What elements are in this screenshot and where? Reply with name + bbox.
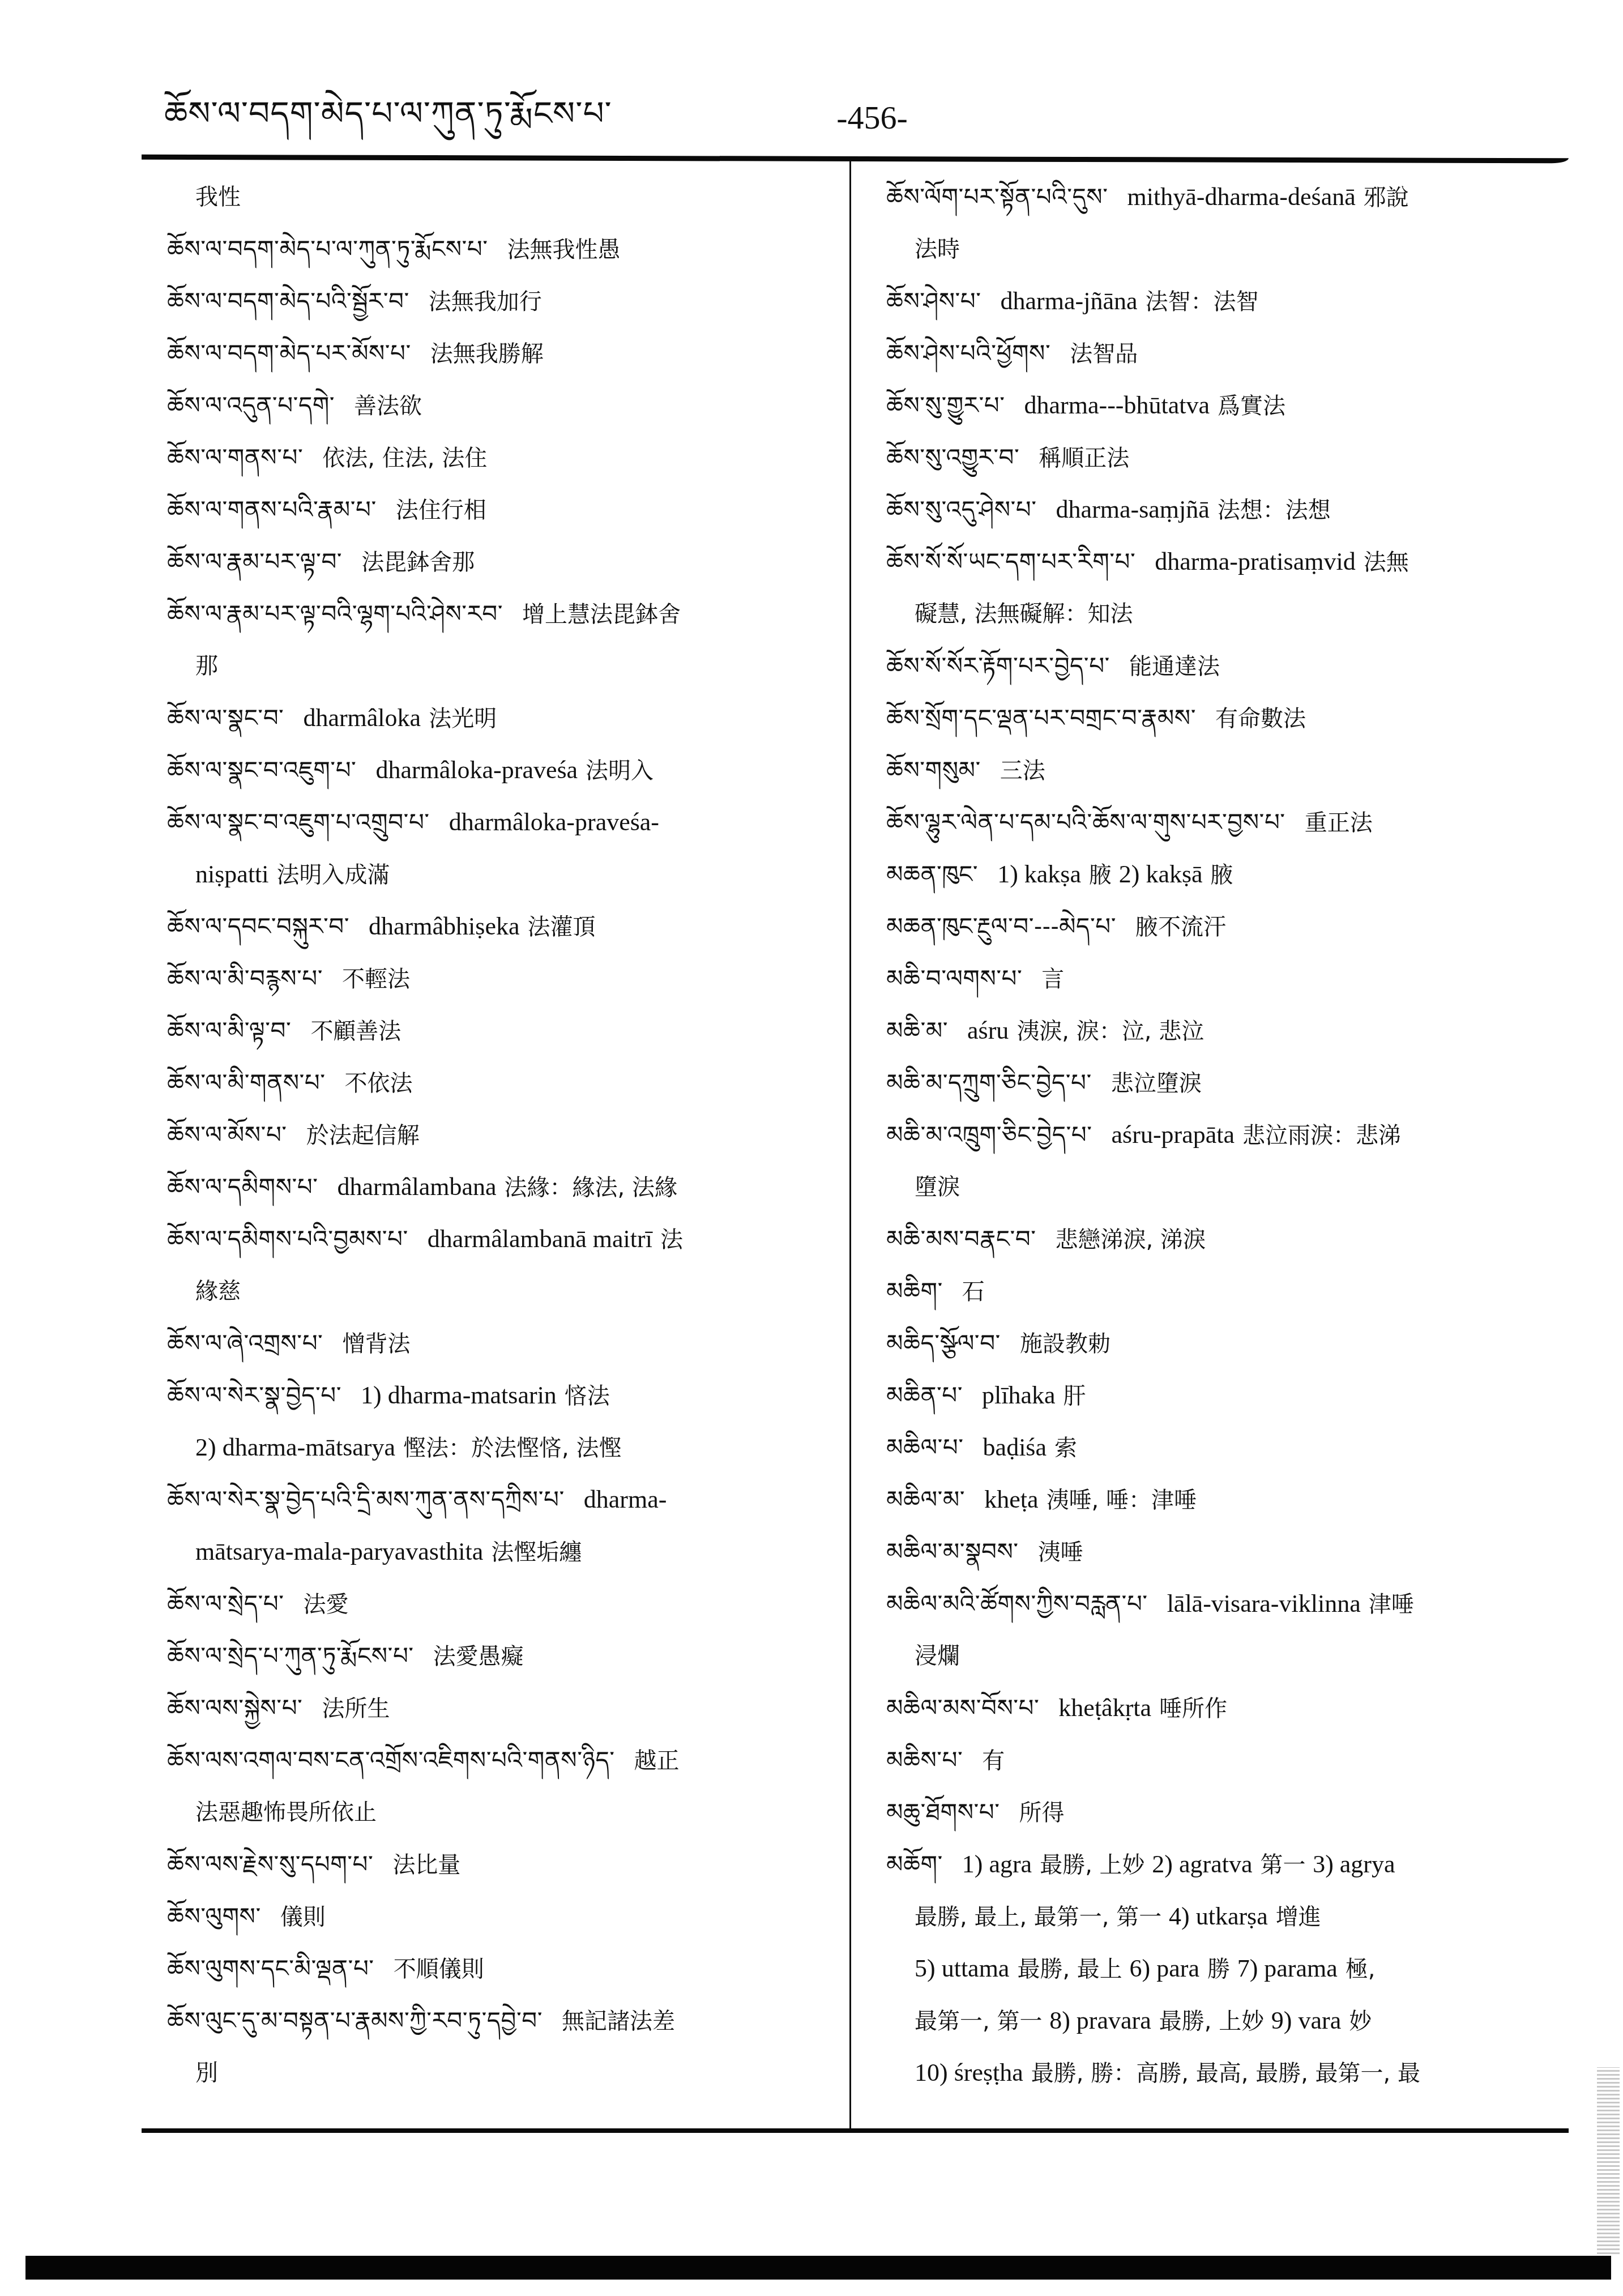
- chinese-gloss: 最勝, 上妙: [1040, 1852, 1144, 1878]
- dictionary-entry: ཆོས་སུ་འགྱུར་བ་稱順正法: [886, 432, 1566, 484]
- sanskrit-term: dharma---bhūtatva: [1024, 391, 1210, 419]
- chinese-gloss: 洟唾, 唾：津唾: [1046, 1487, 1196, 1513]
- chinese-gloss: 唾所作: [1159, 1696, 1227, 1722]
- chinese-gloss: 不輕法: [342, 966, 410, 992]
- tibetan-headword: ཆོས་ལྷུར་ལེན་པ་དམ་པའི་ཆོས་ལ་གུས་པར་བྱས་པ…: [886, 808, 1285, 836]
- tibetan-headword: མཆན་ཁུང་: [886, 860, 978, 888]
- dictionary-entry: ཆོས་ལ་མི་ལྟ་བ་不顧善法: [167, 1005, 832, 1057]
- dictionary-entry: ཆོས་ཤེས་པའི་ཕྱོགས་法智品: [886, 327, 1566, 379]
- chinese-gloss: 悲泣墮淚: [1111, 1070, 1202, 1096]
- entry-continuation: 法時: [886, 223, 1566, 275]
- chinese-gloss: 最第一, 第一: [915, 2008, 1042, 2034]
- chinese-gloss: 緣慈: [195, 1278, 241, 1304]
- tibetan-headword: མཆིལ་མས་བོས་པ་: [886, 1694, 1039, 1722]
- tibetan-headword: ཆོས་ལ་བདག་མེད་པ་ལ་ཀུན་ཏུ་རྨོངས་པ་: [167, 235, 488, 263]
- sanskrit-term: plīhaka: [982, 1381, 1056, 1409]
- entry-continuation: 緣慈: [167, 1265, 832, 1317]
- tibetan-headword: མཆན་ཁུང་རྔུལ་བ་---མེད་པ་: [886, 912, 1116, 940]
- sanskrit-term: baḍiśa: [983, 1433, 1047, 1461]
- dictionary-entry: ཆོས་ལ་སེར་སྣ་བྱེད་པ་1) dharma-matsarin悋法: [167, 1369, 832, 1422]
- chinese-gloss: 腋不流汗: [1135, 914, 1226, 940]
- tibetan-headword: ཆོས་ཤེས་པ་: [886, 287, 981, 315]
- tibetan-headword: ཆོས་ལ་སེར་སྣ་བྱེད་པ་: [167, 1381, 341, 1409]
- sanskrit-term: 6) para: [1130, 1954, 1199, 1982]
- chinese-gloss: 所得: [1019, 1800, 1065, 1826]
- dictionary-entry: ཆོས་ལ་དབང་བསྐུར་བ་dharmâbhiṣeka法灌頂: [167, 901, 832, 953]
- tibetan-headword: ཆོས་ལ་སྣང་བ་འཇུག་པ་འགྲུབ་པ་: [167, 808, 430, 836]
- dictionary-entry: ཆོས་ལ་འདུན་པ་དགེ་善法欲: [167, 379, 832, 432]
- chinese-gloss: 憎背法: [342, 1331, 410, 1357]
- chinese-gloss: 索: [1054, 1435, 1077, 1461]
- tibetan-headword: མཆིལ་མ་: [886, 1486, 965, 1513]
- tibetan-headword: ཆོས་སུ་འདུ་ཤེས་པ་: [886, 496, 1037, 523]
- chinese-gloss: 言: [1041, 966, 1064, 992]
- sanskrit-term: 2) dharma-mātsarya: [195, 1433, 395, 1461]
- dictionary-entry: ཆོས་གསུམ་三法: [886, 744, 1566, 796]
- chinese-gloss: 悋法: [565, 1383, 610, 1409]
- dictionary-entry: ཆོས་ལ་སྣང་བ་འཇུག་པ་འགྲུབ་པ་dharmâloka-pr…: [167, 796, 832, 848]
- chinese-gloss: 妙: [1349, 2008, 1372, 2034]
- tibetan-headword: མཆི་བ་ལགས་པ་: [886, 965, 1022, 992]
- chinese-gloss: 法時: [915, 236, 960, 262]
- sanskrit-term: dharmâlambana: [338, 1173, 497, 1201]
- column-divider: [849, 161, 851, 2131]
- entry-continuation: niṣpatti法明入成滿: [167, 848, 832, 901]
- tibetan-headword: ཆོས་ལ་བདག་མེད་པར་མོས་པ་: [167, 339, 411, 367]
- chinese-gloss: 越正: [634, 1748, 680, 1774]
- dictionary-entry: ཆོས་ལ་རྣམ་པར་ལྟ་བ་法毘鉢舍那: [167, 536, 832, 588]
- tibetan-headword: མཆིལ་མ་སྣབས་: [886, 1538, 1019, 1565]
- dictionary-entry: ཆོས་ལ་ཞེ་འགྲས་པ་憎背法: [167, 1317, 832, 1369]
- dictionary-entry: ཆོས་ལ་སེར་སྣ་བྱེད་པའི་དྲི་མས་ཀུན་ནས་དཀྲི…: [167, 1474, 832, 1526]
- chinese-gloss: 別: [195, 2060, 218, 2086]
- dictionary-entry: མཆི་མ་འཁྲུག་ཅིང་བྱེད་པ་aśru-prapāta悲泣雨淚：…: [886, 1109, 1566, 1161]
- chinese-gloss: 石: [962, 1279, 985, 1305]
- entry-continuation: 2) dharma-mātsarya慳法：於法慳悋, 法慳: [167, 1422, 832, 1474]
- entry-continuation: 我性: [167, 171, 832, 223]
- dictionary-entry: མཆི་མ་aśru洟淚, 淚：泣, 悲泣: [886, 1005, 1566, 1057]
- entry-continuation: 墮淚: [886, 1161, 1566, 1213]
- sanskrit-term: 9) vara: [1271, 2007, 1341, 2034]
- sanskrit-term: niṣpatti: [195, 860, 269, 888]
- dictionary-entry: ཆོས་ལས་སྐྱེས་པ་法所生: [167, 1682, 832, 1734]
- tibetan-headword: ཆོས་ཤེས་པའི་ཕྱོགས་: [886, 339, 1050, 367]
- sanskrit-term: 2) kakṣā: [1119, 860, 1203, 888]
- tibetan-headword: མཆིལ་པ་: [886, 1433, 964, 1461]
- dictionary-entry: མཆོག་1) agra最勝, 上妙 2) agratva第一 3) agrya: [886, 1838, 1566, 1890]
- entry-continuation: 最勝, 最上, 最第一, 第一 4) utkarṣa增進: [886, 1890, 1566, 1943]
- chinese-gloss: 法比量: [392, 1852, 460, 1878]
- dictionary-entry: ཆོས་ལས་འགལ་བས་ངན་འགྲོས་འཇིགས་པའི་གནས་ཉིད…: [167, 1734, 832, 1786]
- sanskrit-term: 1) agra: [962, 1850, 1032, 1878]
- chinese-gloss: 稱順正法: [1039, 445, 1129, 471]
- chinese-gloss: 第一: [1260, 1852, 1305, 1878]
- dictionary-entry: ཆོས་ལ་གནས་པ་依法, 住法, 法住: [167, 432, 832, 484]
- chinese-gloss: 極,: [1346, 1956, 1376, 1982]
- chinese-gloss: 三法: [1000, 758, 1045, 784]
- dictionary-entry: ཆོས་ལ་སྣང་བ་dharmâloka法光明: [167, 692, 832, 744]
- scan-border-band: [25, 2256, 1611, 2280]
- tibetan-headword: མཆུ་ཐོགས་པ་: [886, 1798, 1000, 1826]
- chinese-gloss: 最勝, 最上: [1017, 1956, 1122, 1982]
- tibetan-headword: ཆོས་ལ་རྣམ་པར་ལྟ་བ་: [167, 548, 342, 575]
- chinese-gloss: 悲泣雨淚：悲涕: [1242, 1123, 1401, 1149]
- tibetan-headword: ཆོས་ལས་རྗེས་སུ་དཔག་པ་: [167, 1850, 373, 1878]
- chinese-gloss: 法灌頂: [527, 914, 595, 940]
- sanskrit-term: dharma-jñāna: [1001, 287, 1138, 315]
- chinese-gloss: 法明入: [586, 758, 654, 784]
- tibetan-headword: ཆོས་སོ་སོ་ཡང་དག་པར་རིག་པ་: [886, 548, 1135, 575]
- sanskrit-term: 10) śreṣṭha: [915, 2059, 1023, 2086]
- page-number: -456-: [798, 95, 946, 140]
- entry-continuation: 最第一, 第一 8) pravara最勝, 上妙 9) vara妙: [886, 1995, 1566, 2047]
- tibetan-headword: ཆོས་ལ་མི་གནས་པ་: [167, 1069, 326, 1096]
- chinese-gloss: 法智：法智: [1145, 289, 1258, 315]
- dictionary-entry: མཆུ་ཐོགས་པ་所得: [886, 1786, 1566, 1838]
- tibetan-headword: ཆོས་ལ་དབང་བསྐུར་བ་: [167, 912, 349, 940]
- dictionary-entry: མཆིལ་པ་baḍiśa索: [886, 1422, 1566, 1474]
- sanskrit-term: dharmâloka-praveśa: [375, 756, 578, 784]
- dictionary-entry: མཆན་ཁུང་རྔུལ་བ་---མེད་པ་腋不流汗: [886, 901, 1566, 953]
- sanskrit-term: kheṭâkṛta: [1058, 1694, 1151, 1722]
- chinese-gloss: 法所生: [322, 1696, 390, 1722]
- sanskrit-term: 3) agrya: [1313, 1850, 1395, 1878]
- chinese-gloss: 重正法: [1305, 810, 1373, 836]
- sanskrit-term: 7) parama: [1237, 1954, 1338, 1982]
- chinese-gloss: 礙慧, 法無礙解：知法: [915, 601, 1133, 627]
- dictionary-entry: ཆོས་སུ་འདུ་ཤེས་པ་dharma-saṃjñā法想：法想: [886, 484, 1566, 536]
- entry-continuation: 10) śreṣṭha最勝, 勝：高勝, 最高, 最勝, 最第一, 最: [886, 2047, 1566, 2099]
- tibetan-headword: ཆོས་སྲོག་དང་ལྡན་པར་བགྲང་བ་རྣམས་: [886, 704, 1196, 732]
- chinese-gloss: 法無我性愚: [507, 237, 621, 263]
- dictionary-entry: མཆི་བ་ལགས་པ་言: [886, 953, 1566, 1005]
- chinese-gloss: 最勝, 上妙: [1159, 2008, 1264, 2034]
- tibetan-headword: ཆོས་ལུགས་དང་མི་ལྡན་པ་: [167, 1954, 374, 1982]
- chinese-gloss: 有命數法: [1215, 706, 1306, 732]
- dictionary-entry: མཆིས་པ་有: [886, 1734, 1566, 1786]
- tibetan-headword: མཆིས་པ་: [886, 1746, 963, 1774]
- dictionary-entry: ཆོས་ལུགས་དང་མི་ལྡན་པ་不順儀則: [167, 1943, 832, 1995]
- chinese-gloss: 施設教勅: [1020, 1331, 1111, 1357]
- chinese-gloss: 悲戀涕淚, 涕淚: [1056, 1227, 1206, 1253]
- dictionary-entry: ཆོས་ལ་བདག་མེད་པའི་སྦྱོར་བ་法無我加行: [167, 275, 832, 327]
- tibetan-headword: མཆི་མ་དཀྲུག་ཅིང་བྱེད་པ་: [886, 1069, 1092, 1096]
- dictionary-entry: ཆོས་ལུགས་儀則: [167, 1890, 832, 1943]
- chinese-gloss: 能通達法: [1129, 654, 1220, 680]
- dictionary-entry: མཆན་ཁུང་1) kakṣa腋 2) kakṣā腋: [886, 848, 1566, 901]
- top-rule: [142, 155, 1569, 164]
- chinese-gloss: 法住行相: [396, 497, 486, 523]
- dictionary-entry: ཆོས་སོ་སོ་ཡང་དག་པར་རིག་པ་dharma-pratisaṃ…: [886, 536, 1566, 588]
- tibetan-headword: མཆིག་: [886, 1277, 943, 1305]
- sanskrit-term: dharma-saṃjñā: [1056, 496, 1210, 523]
- chinese-gloss: 津唾: [1369, 1591, 1414, 1618]
- tibetan-headword: ཆོས་ལ་མོས་པ་: [167, 1121, 287, 1149]
- tibetan-headword: ཆོས་སུ་འགྱུར་བ་: [886, 443, 1019, 471]
- chinese-gloss: 慳法：於法慳悋, 法慳: [403, 1435, 621, 1461]
- dictionary-entry: ཆོས་སྲོག་དང་ལྡན་པར་བགྲང་བ་རྣམས་有命數法: [886, 692, 1566, 744]
- chinese-gloss: 法: [660, 1227, 683, 1253]
- chinese-gloss: 法愛: [304, 1591, 349, 1618]
- chinese-gloss: 不依法: [345, 1070, 413, 1096]
- chinese-gloss: 法緣：緣法, 法緣: [505, 1175, 677, 1201]
- chinese-gloss: 法光明: [429, 706, 497, 732]
- chinese-gloss: 腋: [1089, 862, 1112, 888]
- dictionary-entry: མཆིལ་མ་kheṭa洟唾, 唾：津唾: [886, 1474, 1566, 1526]
- tibetan-headword: ཆོས་ལ་སྲེད་པ་ཀུན་ཏུ་རྨོངས་པ་: [167, 1642, 414, 1670]
- dictionary-entry: ཆོས་ལ་མི་བརྙས་པ་不輕法: [167, 953, 832, 1005]
- sanskrit-term: aśru-prapāta: [1112, 1121, 1235, 1149]
- tibetan-headword: ཆོས་ལ་འདུན་པ་དགེ་: [167, 391, 335, 419]
- chinese-gloss: 儀則: [280, 1904, 326, 1930]
- left-column: 我性 ཆོས་ལ་བདག་མེད་པ་ལ་ཀུན་ཏུ་རྨོངས་པ་法無我性…: [167, 171, 832, 2099]
- tibetan-headword: ཆོས་ལ་དམིགས་པ་: [167, 1173, 318, 1201]
- tibetan-headword: མཆི་མ་: [886, 1017, 948, 1044]
- dictionary-entry: ཆོས་ལ་དམིགས་པ་dharmâlambana法緣：緣法, 法緣: [167, 1161, 832, 1213]
- dictionary-entry: ཆོས་ལ་རྣམ་པར་ལྟ་བའི་ལྷག་པའི་ཤེས་རབ་增上慧法毘…: [167, 588, 832, 640]
- dictionary-entry: མཆིག་石: [886, 1265, 1566, 1317]
- tibetan-headword: ཆོས་ལ་རྣམ་པར་ལྟ་བའི་ལྷག་པའི་ཤེས་རབ་: [167, 600, 503, 628]
- dictionary-entry: ཆོས་ལ་དམིགས་པའི་བྱམས་པ་dharmâlambanā mai…: [167, 1213, 832, 1265]
- entry-continuation: mātsarya-mala-paryavasthita法慳垢纏: [167, 1526, 832, 1578]
- entry-continuation: 5) uttama最勝, 最上 6) para勝 7) parama極,: [886, 1943, 1566, 1995]
- dictionary-entry: ཆོས་ལ་སྣང་བ་འཇུག་པ་dharmâloka-praveśa法明入: [167, 744, 832, 796]
- tibetan-headword: ཆོས་ལུགས་: [167, 1902, 261, 1930]
- tibetan-headword: མཆིད་སྩོལ་བ་: [886, 1329, 1001, 1357]
- dictionary-entry: ཆོས་ལུང་དུ་མ་བསྟན་པ་རྣམས་ཀྱི་རབ་ཏུ་དབྱེ་…: [167, 1995, 832, 2047]
- chinese-gloss: 法惡趣怖畏所依止: [195, 1799, 377, 1825]
- chinese-gloss: 法慳垢纏: [491, 1539, 582, 1565]
- tibetan-headword: མཆི་མ་འཁྲུག་ཅིང་བྱེད་པ་: [886, 1121, 1092, 1149]
- chinese-gloss: 依法, 住法, 法住: [322, 445, 487, 471]
- chinese-gloss: 浸爛: [915, 1643, 960, 1669]
- running-head: ཆོས་ལ་བདག་མེད་པ་ལ་ཀུན་ཏུ་རྨོངས་པ་: [164, 91, 612, 136]
- sanskrit-term: 5) uttama: [915, 1954, 1009, 1982]
- tibetan-headword: ཆོས་ལ་མི་ལྟ་བ་: [167, 1017, 291, 1044]
- chinese-gloss: 勝: [1207, 1956, 1230, 1982]
- chinese-gloss: 爲實法: [1218, 393, 1285, 419]
- dictionary-entry: ཆོས་ལོག་པར་སྟོན་པའི་དུས་mithyā-dharma-de…: [886, 171, 1566, 223]
- chinese-gloss: 那: [195, 653, 218, 679]
- dictionary-entry: ཆོས་ལ་བདག་མེད་པ་ལ་ཀུན་ཏུ་རྨོངས་པ་法無我性愚: [167, 223, 832, 275]
- sanskrit-term: lālā-visara-viklinna: [1167, 1590, 1361, 1618]
- sanskrit-term: dharma-: [584, 1486, 667, 1513]
- chinese-gloss: 洟淚, 淚：泣, 悲泣: [1016, 1018, 1204, 1044]
- dictionary-entry: མཆིལ་མའི་ཚོགས་ཀྱིས་བརླན་པ་lālā-visara-vi…: [886, 1578, 1566, 1630]
- sanskrit-term: dharmâlambanā maitrī: [428, 1225, 652, 1253]
- chinese-gloss: 邪說: [1364, 185, 1409, 211]
- tibetan-headword: ཆོས་ལ་གནས་པ་: [167, 443, 303, 471]
- tibetan-headword: མཆིན་པ་: [886, 1381, 963, 1409]
- chinese-gloss: 增進: [1276, 1904, 1321, 1930]
- chinese-gloss: 墮淚: [915, 1174, 960, 1200]
- sanskrit-term: kheṭa: [984, 1486, 1038, 1513]
- tibetan-headword: ཆོས་ལ་གནས་པའི་རྣམ་པ་: [167, 496, 377, 523]
- tibetan-headword: ཆོས་སོ་སོར་རྟོག་པར་བྱེད་པ་: [886, 652, 1110, 680]
- chinese-gloss: 腋: [1211, 862, 1233, 888]
- dictionary-entry: མཆིན་པ་plīhaka肝: [886, 1369, 1566, 1422]
- dictionary-entry: ཆོས་སུ་གྱུར་པ་dharma---bhūtatva爲實法: [886, 379, 1566, 432]
- chinese-gloss: 法智品: [1070, 341, 1138, 367]
- chinese-gloss: 最勝, 最上, 最第一, 第一: [915, 1904, 1161, 1930]
- sanskrit-term: 4) utkarṣa: [1169, 1902, 1268, 1930]
- sanskrit-term: 2) agratva: [1152, 1850, 1252, 1878]
- sanskrit-term: mātsarya-mala-paryavasthita: [195, 1538, 483, 1565]
- tibetan-headword: ཆོས་ལས་འགལ་བས་ངན་འགྲོས་འཇིགས་པའི་གནས་ཉིད…: [167, 1746, 615, 1774]
- tibetan-headword: ཆོས་ལ་བདག་མེད་པའི་སྦྱོར་བ་: [167, 287, 409, 315]
- dictionary-entry: མཆི་མས་བརྣང་བ་悲戀涕淚, 涕淚: [886, 1213, 1566, 1265]
- chinese-gloss: 不顧善法: [310, 1018, 401, 1044]
- tibetan-headword: ཆོས་ལ་མི་བརྙས་པ་: [167, 965, 323, 992]
- tibetan-headword: ཆོས་གསུམ་: [886, 756, 981, 784]
- chinese-gloss: 有: [982, 1748, 1005, 1774]
- dictionary-entry: ཆོས་ལ་སྲེད་པ་ཀུན་ཏུ་རྨོངས་པ་法愛愚癡: [167, 1630, 832, 1682]
- chinese-gloss: 法無: [1364, 549, 1409, 575]
- dictionary-entry: ཆོས་ལ་མི་གནས་པ་不依法: [167, 1057, 832, 1109]
- tibetan-headword: ཆོས་ལུང་དུ་མ་བསྟན་པ་རྣམས་ཀྱི་རབ་ཏུ་དབྱེ་…: [167, 2007, 543, 2034]
- chinese-gloss: 我性: [195, 184, 241, 210]
- chinese-gloss: 法愛愚癡: [433, 1644, 524, 1670]
- dictionary-entry: ཆོས་ལ་མོས་པ་於法起信解: [167, 1109, 832, 1161]
- chinese-gloss: 於法起信解: [306, 1123, 420, 1149]
- dictionary-entry: མཆིད་སྩོལ་བ་施設教勅: [886, 1317, 1566, 1369]
- sanskrit-term: mithyā-dharma-deśanā: [1127, 183, 1356, 211]
- entry-continuation: 礙慧, 法無礙解：知法: [886, 588, 1566, 640]
- dictionary-entry: ཆོས་ལ་བདག་མེད་པར་མོས་པ་法無我勝解: [167, 327, 832, 379]
- sanskrit-term: 1) kakṣa: [997, 860, 1081, 888]
- dictionary-entry: ཆོས་ལས་རྗེས་སུ་དཔག་པ་法比量: [167, 1838, 832, 1890]
- chinese-gloss: 不順儀則: [394, 1956, 484, 1982]
- dictionary-entry: ཆོས་ལ་སྲེད་པ་法愛: [167, 1578, 832, 1630]
- sanskrit-term: dharma-pratisaṃvid: [1155, 548, 1355, 575]
- tibetan-headword: མཆོག་: [886, 1850, 943, 1878]
- tibetan-headword: མཆིལ་མའི་ཚོགས་ཀྱིས་བརླན་པ་: [886, 1590, 1148, 1618]
- chinese-gloss: 法無我勝解: [430, 341, 544, 367]
- sanskrit-term: 8) pravara: [1049, 2007, 1151, 2034]
- tibetan-headword: ཆོས་ལ་སྣང་བ་འཇུག་པ་: [167, 756, 356, 784]
- chinese-gloss: 法毘鉢舍那: [361, 549, 475, 575]
- dictionary-entry: ཆོས་ལྷུར་ལེན་པ་དམ་པའི་ཆོས་ལ་གུས་པར་བྱས་པ…: [886, 796, 1566, 848]
- tibetan-headword: མཆི་མས་བརྣང་བ་: [886, 1225, 1036, 1253]
- chinese-gloss: 法明入成滿: [277, 862, 390, 888]
- bottom-rule: [142, 2128, 1569, 2133]
- entry-continuation: 別: [167, 2047, 832, 2099]
- entry-continuation: 法惡趣怖畏所依止: [167, 1786, 832, 1838]
- sanskrit-term: dharmâloka-praveśa-: [449, 808, 659, 836]
- tibetan-headword: ཆོས་ལ་ཞེ་འགྲས་པ་: [167, 1329, 323, 1357]
- chinese-gloss: 法想：法想: [1218, 497, 1331, 523]
- dictionary-entry: ཆོས་ཤེས་པ་dharma-jñāna法智：法智: [886, 275, 1566, 327]
- dictionary-entry: མཆིལ་མ་སྣབས་洟唾: [886, 1526, 1566, 1578]
- chinese-gloss: 法無我加行: [429, 289, 542, 315]
- right-column: ཆོས་ལོག་པར་སྟོན་པའི་དུས་mithyā-dharma-de…: [886, 171, 1566, 2099]
- chinese-gloss: 最勝, 勝：高勝, 最高, 最勝, 最第一, 最: [1031, 2060, 1420, 2086]
- entry-continuation: 浸爛: [886, 1630, 1566, 1682]
- chinese-gloss: 洟唾: [1038, 1539, 1083, 1565]
- dictionary-entry: མཆིལ་མས་བོས་པ་kheṭâkṛta唾所作: [886, 1682, 1566, 1734]
- dictionary-entry: ཆོས་ལ་གནས་པའི་རྣམ་པ་法住行相: [167, 484, 832, 536]
- dictionary-entry: ཆོས་སོ་སོར་རྟོག་པར་བྱེད་པ་能通達法: [886, 640, 1566, 692]
- tibetan-headword: ཆོས་ལས་སྐྱེས་པ་: [167, 1694, 302, 1722]
- tibetan-headword: ཆོས་ལ་སྲེད་པ་: [167, 1590, 284, 1618]
- sanskrit-term: aśru: [967, 1017, 1009, 1044]
- tibetan-headword: ཆོས་སུ་གྱུར་པ་: [886, 391, 1005, 419]
- chinese-gloss: 增上慧法毘鉢舍: [522, 601, 681, 628]
- dictionary-entry: མཆི་མ་དཀྲུག་ཅིང་བྱེད་པ་悲泣墮淚: [886, 1057, 1566, 1109]
- tibetan-headword: ཆོས་ལ་སྣང་བ་: [167, 704, 284, 732]
- chinese-gloss: 無記諸法差: [562, 2008, 675, 2034]
- tibetan-headword: ཆོས་ལོག་པར་སྟོན་པའི་དུས་: [886, 183, 1108, 211]
- scan-edge-artifact: [1597, 2067, 1620, 2254]
- chinese-gloss: 善法欲: [354, 393, 422, 419]
- sanskrit-term: dharmâloka: [303, 704, 421, 732]
- tibetan-headword: ཆོས་ལ་སེར་སྣ་བྱེད་པའི་དྲི་མས་ཀུན་ནས་དཀྲི…: [167, 1486, 565, 1513]
- entry-continuation: 那: [167, 640, 832, 692]
- tibetan-headword: ཆོས་ལ་དམིགས་པའི་བྱམས་པ་: [167, 1225, 408, 1253]
- sanskrit-term: 1) dharma-matsarin: [361, 1381, 557, 1409]
- chinese-gloss: 肝: [1063, 1383, 1086, 1409]
- sanskrit-term: dharmâbhiṣeka: [369, 912, 519, 940]
